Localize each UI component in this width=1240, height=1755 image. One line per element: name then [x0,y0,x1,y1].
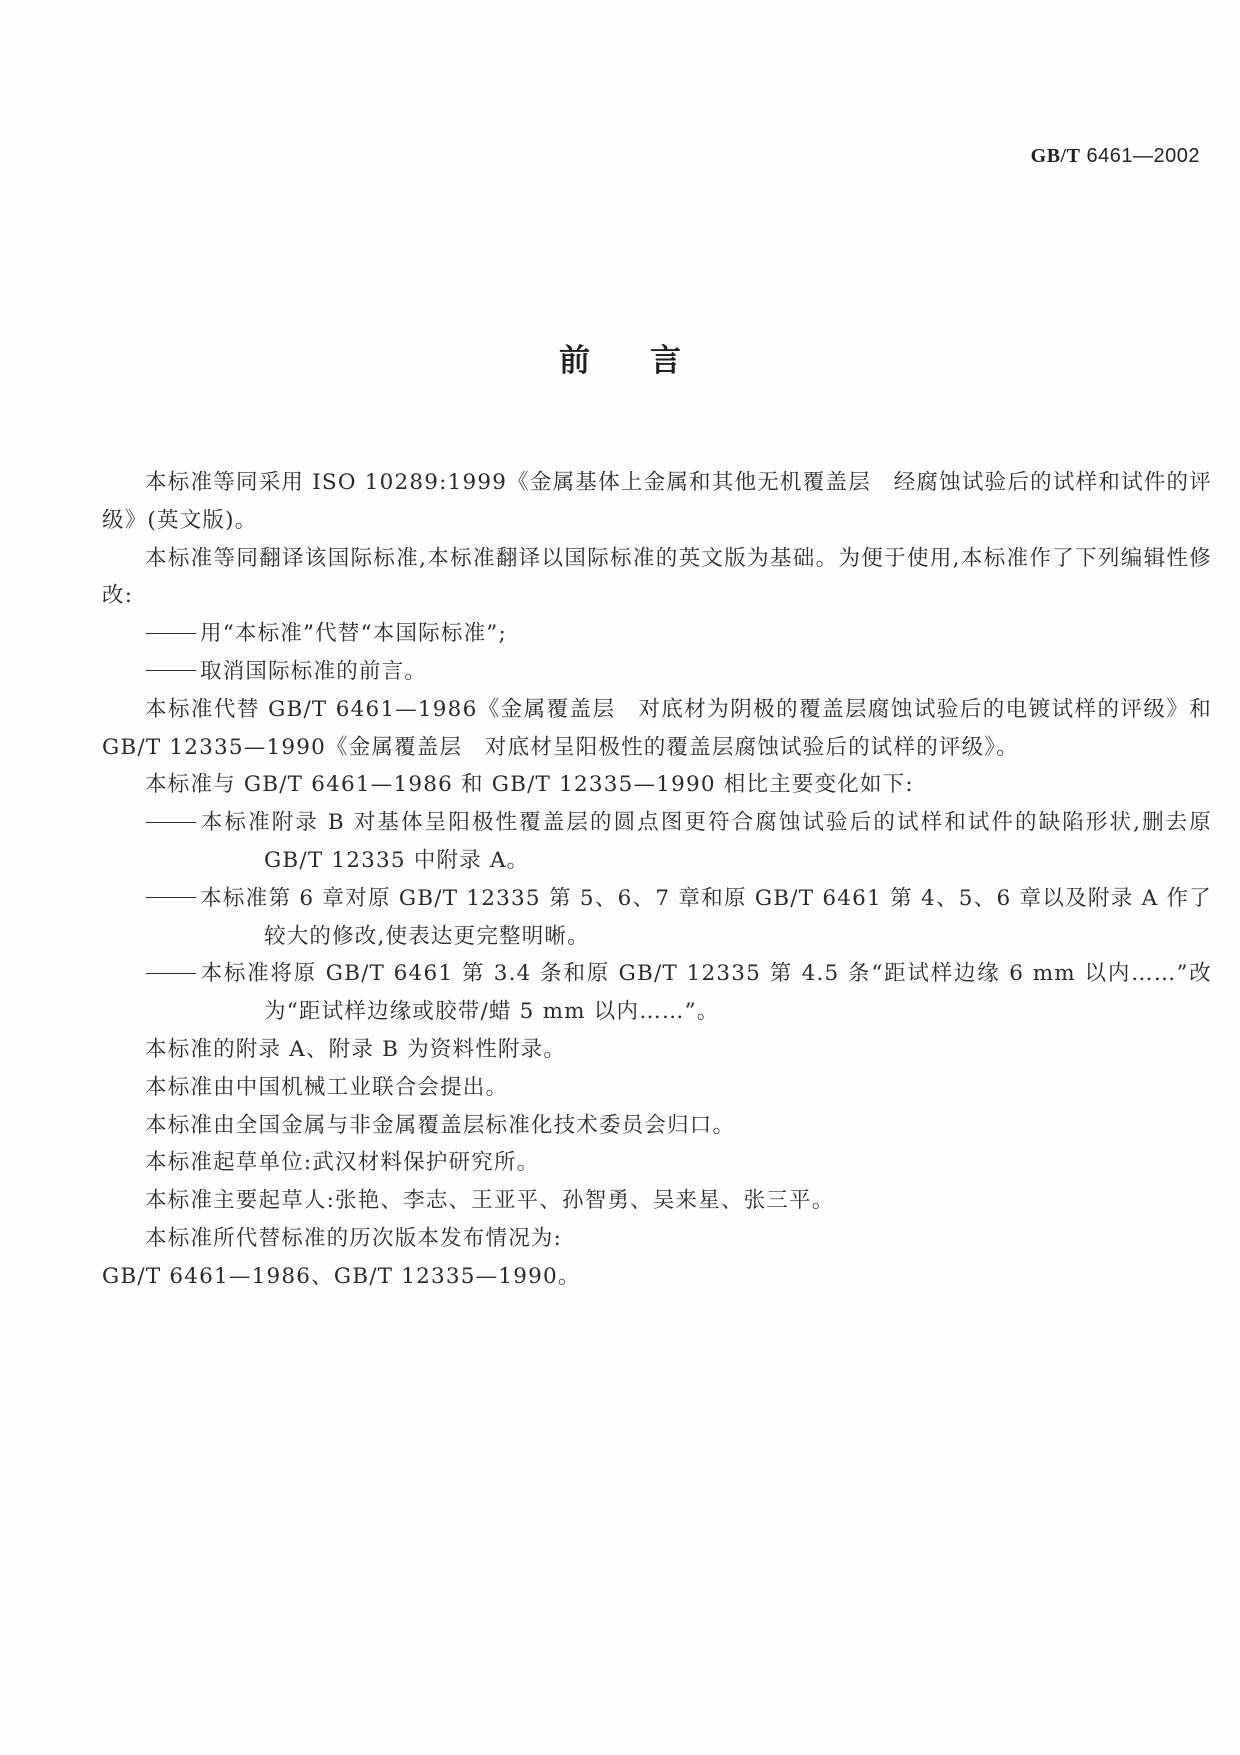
page-title: 前言 [0,335,1240,380]
list-item-edit-2: 取消国际标准的前言。 [102,653,1212,691]
standard-number-header: GB/T 6461—2002 [1031,145,1200,168]
paragraph-responsible-committee: 本标准由全国金属与非金属覆盖层标准化技术委员会归口。 [102,1107,1212,1145]
list-item-edit-1: 用“本标准”代替“本国际标准”; [102,615,1212,653]
em-dash-icon [146,897,196,898]
paragraph-drafting-unit: 本标准起草单位:武汉材料保护研究所。 [102,1144,1212,1182]
paragraph-changes-intro: 本标准与 GB/T 6461—1986 和 GB/T 12335—1990 相比… [102,766,1212,804]
list-item-change-3: 本标准将原 GB/T 6461 第 3.4 条和原 GB/T 12335 第 4… [102,955,1212,1031]
em-dash-icon [146,670,196,671]
standard-code: 6461—2002 [1087,145,1200,167]
paragraph-proposed-by: 本标准由中国机械工业联合会提出。 [102,1069,1212,1107]
paragraph-drafters: 本标准主要起草人:张艳、李志、王亚平、孙智勇、吴来星、张三平。 [102,1182,1212,1220]
paragraph-history-intro: 本标准所代替标准的历次版本发布情况为: [102,1220,1212,1258]
standard-prefix: GB/T [1031,145,1081,167]
list-item-change-1: 本标准附录 B 对基体呈阳极性覆盖层的圆点图更符合腐蚀试验后的试样和试件的缺陷形… [102,804,1212,880]
paragraph-adoption: 本标准等同采用 ISO 10289:1999《金属基体上金属和其他无机覆盖层 经… [102,464,1212,540]
document-page: GB/T 6461—2002 前言 本标准等同采用 ISO 10289:1999… [0,0,1240,1755]
paragraph-replaces: 本标准代替 GB/T 6461—1986《金属覆盖层 对底材为阴极的覆盖层腐蚀试… [102,691,1212,767]
em-dash-icon [146,822,196,823]
em-dash-icon [146,633,196,634]
list-item-change-2: 本标准第 6 章对原 GB/T 12335 第 5、6、7 章和原 GB/T 6… [102,880,1212,956]
paragraph-history-versions: GB/T 6461—1986、GB/T 12335—1990。 [102,1258,1212,1296]
paragraph-translation: 本标准等同翻译该国际标准,本标准翻译以国际标准的英文版为基础。为便于使用,本标准… [102,540,1212,616]
paragraph-annexes: 本标准的附录 A、附录 B 为资料性附录。 [102,1031,1212,1069]
preface-body: 本标准等同采用 ISO 10289:1999《金属基体上金属和其他无机覆盖层 经… [102,464,1212,1296]
em-dash-icon [146,973,196,974]
